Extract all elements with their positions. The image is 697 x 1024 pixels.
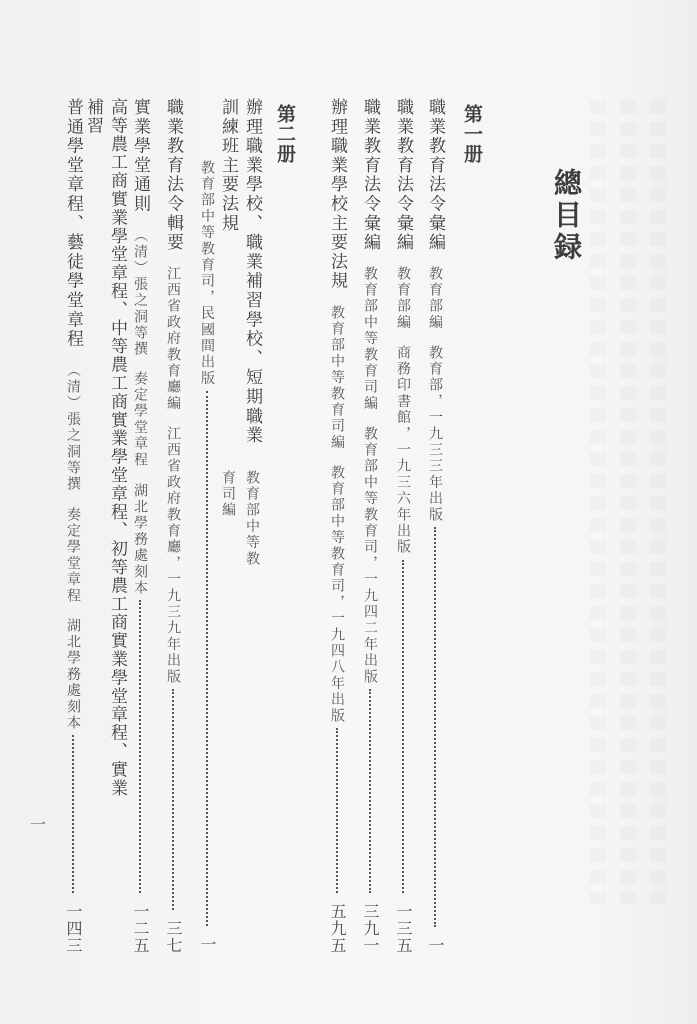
toc-entry-continuation[interactable]: 普通學堂章程、藝徒學堂章程 （清）張之洞等撰 奏定學堂章程 湖北學務處刻本 一四…: [61, 98, 85, 954]
leader-dots: [336, 728, 338, 893]
entry-title: 職業教育法令輯要: [161, 98, 185, 252]
volume-1-heading: 第一册: [459, 104, 486, 164]
entry-title: 實業學堂通則: [128, 98, 152, 214]
toc-entry-continuation[interactable]: 教育部中等教育司，民國間出版 一: [196, 160, 218, 954]
leader-dots: [434, 527, 436, 927]
entry-publisher: 湖北學務處刻本: [61, 618, 85, 731]
entry-page: 一: [423, 937, 447, 954]
entry-page: 五九五: [325, 903, 349, 954]
entry-author: 教育部編: [391, 266, 415, 331]
entry-publisher: 湖北學務處刻本: [128, 483, 152, 596]
entry-author: 教育部中等教育司編: [216, 470, 264, 578]
entry-series: 奏定學堂章程: [61, 507, 85, 604]
entry-title: 職業教育法令彙編: [423, 98, 447, 252]
entry-author: 教育部編: [423, 266, 447, 331]
bleed-through: [620, 100, 636, 904]
entry-page: 一: [196, 936, 218, 954]
entry-title: 辦理職業學校、職業補習學校、短期職業訓練班主要法規: [216, 98, 264, 456]
leader-dots: [402, 560, 404, 893]
entry-title-line2: 普通學堂章程、藝徒學堂章程: [61, 98, 85, 349]
entry-page: 三七: [161, 920, 185, 954]
page-folio: 一: [30, 812, 46, 835]
entry-author: （清）張之洞等撰: [61, 363, 85, 493]
toc-entry[interactable]: 職業教育法令輯要 江西省政府教育廳編 江西省政府教育廳，一九三九年出版 三七: [161, 98, 185, 954]
entry-author: 江西省政府教育廳編: [161, 266, 185, 412]
leader-dots: [206, 391, 208, 926]
toc-entry[interactable]: 辦理職業學校、職業補習學校、短期職業訓練班主要法規 教育部中等教育司編: [228, 98, 252, 578]
entry-page: 一三五: [391, 903, 415, 954]
bleed-through: [650, 100, 666, 904]
bleed-through: [590, 100, 606, 904]
entry-publisher: 教育部中等教育司，一九四二年出版: [358, 426, 382, 685]
entry-page: 一四三: [61, 903, 85, 954]
entry-publisher: 教育部中等教育司，民國間出版: [196, 160, 218, 387]
entry-publisher: 商務印書館，一九三六年出版: [391, 345, 415, 556]
entry-author: 教育部中等教育司編: [358, 266, 382, 412]
toc-entry[interactable]: 辦理職業學校主要法規 教育部中等教育司編 教育部中等教育司，一九四八年出版 五九…: [325, 98, 349, 954]
toc-entry[interactable]: 高等農工商實業學堂章程、中等農工商實業學堂章程、初等農工商實業學堂章程、實業補習: [93, 98, 117, 798]
toc-entry[interactable]: 實業學堂通則 （清）張之洞等撰 奏定學堂章程 湖北學務處刻本 一二五: [128, 98, 152, 954]
entry-publisher: 教育部中等教育司，一九四八年出版: [325, 465, 349, 724]
leader-dots: [139, 600, 141, 893]
toc-entry[interactable]: 職業教育法令彙編 教育部編 教育部，一九三三年出版 一: [423, 98, 447, 954]
entry-author: （清）張之洞等撰: [128, 228, 152, 358]
leader-dots: [172, 689, 174, 910]
entry-page: 一二五: [128, 903, 152, 954]
entry-publisher: 江西省政府教育廳，一九三九年出版: [161, 426, 185, 685]
entry-publisher: 教育部，一九三三年出版: [423, 345, 447, 523]
toc-entry[interactable]: 職業教育法令彙編 教育部中等教育司編 教育部中等教育司，一九四二年出版 三九一: [358, 98, 382, 954]
entry-title: 職業教育法令彙編: [391, 98, 415, 252]
volume-2-heading: 第二册: [272, 104, 299, 164]
toc-entry[interactable]: 職業教育法令彙編 教育部編 商務印書館，一九三六年出版 一三五: [391, 98, 415, 954]
leader-dots: [369, 689, 371, 893]
entry-series: 奏定學堂章程: [128, 371, 152, 468]
entry-title-line1: 高等農工商實業學堂章程、中等農工商實業學堂章程、初等農工商實業學堂章程、實業補習: [81, 98, 129, 798]
entry-title: 辦理職業學校主要法規: [325, 98, 349, 291]
leader-dots: [72, 735, 74, 893]
entry-author: 教育部中等教育司編: [325, 305, 349, 451]
page-title: 總目録: [546, 168, 586, 264]
entry-page: 三九一: [358, 903, 382, 954]
entry-title: 職業教育法令彙編: [358, 98, 382, 252]
